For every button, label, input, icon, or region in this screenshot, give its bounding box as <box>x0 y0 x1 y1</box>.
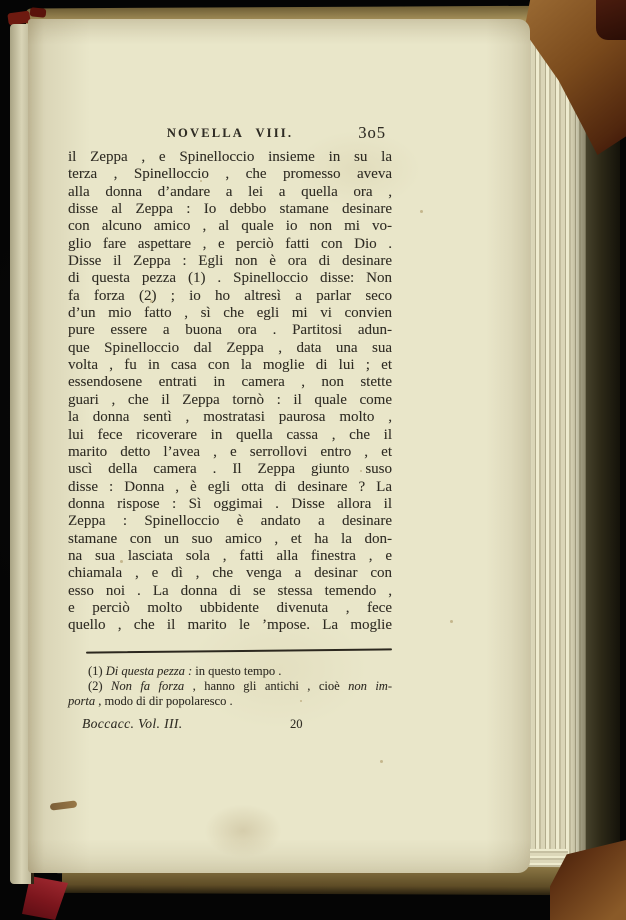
page-text: NOVELLA VIII. 3o5 il Zeppa , e Spinelloc… <box>68 126 392 734</box>
page-edge-stack-right <box>526 20 586 872</box>
footnote-text: (2) <box>88 679 111 693</box>
leather-corner-top-right-dark <box>596 0 626 40</box>
body-line: guari , che il Zeppa tornò : il quale co… <box>68 392 392 409</box>
body-line: disse : Donna , è egli otta di desinare … <box>68 479 392 496</box>
body-line: di questa pezza (1) . Spinelloccio disse… <box>68 270 392 287</box>
signature-mark: 20 <box>290 717 303 732</box>
body-line: il Zeppa , e Spinelloccio insieme in su … <box>68 149 392 166</box>
paper-speck <box>380 760 383 763</box>
body-line: fa forza (2) ; io ho altresì a parlar se… <box>68 288 392 305</box>
body-line: la donna sentì , mostratasi paurosa molt… <box>68 409 392 426</box>
body-line: stamane con un suo amico , et ha la don- <box>68 531 392 548</box>
body-line: volta , fu in casa con la moglie di lui … <box>68 357 392 374</box>
body-line: esso noi . La donna di se stessa temendo… <box>68 583 392 600</box>
body-line: essendosene entrati in camera , non stet… <box>68 374 392 391</box>
binding-fragment <box>30 7 47 18</box>
running-header: NOVELLA VIII. 3o5 <box>68 126 392 145</box>
volume-label: Boccacc. Vol. III. <box>82 716 183 731</box>
body-line: Disse il Zeppa : Egli non è ora di desin… <box>68 253 392 270</box>
body-line: pure essere a buona ora . Partitosi adun… <box>68 322 392 339</box>
footnote-text: (1) <box>88 664 106 678</box>
body-line: uscì della camera . Il Zeppa giunto suso <box>68 461 392 478</box>
body-line: na sua lasciata sola , fatti alla finest… <box>68 548 392 565</box>
body-line: glio fare aspettare , e perciò fatti con… <box>68 236 392 253</box>
footnote-term: non im- <box>348 679 392 693</box>
body-line: donna rispose : Sì oggimai . Disse allor… <box>68 496 392 513</box>
footnote-term: Di questa pezza : <box>106 664 192 678</box>
body-line: Zeppa : Spinelloccio è andato a desinare <box>68 513 392 530</box>
body-line: alla donna d’andare a lei a quella ora , <box>68 184 392 201</box>
footnote-term: porta <box>68 694 95 708</box>
paper-speck <box>420 210 423 213</box>
body-line: chiamala , e dì , che venga a desinar co… <box>68 565 392 582</box>
book-photo: NOVELLA VIII. 3o5 il Zeppa , e Spinelloc… <box>0 0 626 920</box>
body-line: marito detto l’avea , e serrollovi entro… <box>68 444 392 461</box>
paper-speck <box>450 620 453 623</box>
body-line: que Spinelloccio dal Zeppa , data una su… <box>68 340 392 357</box>
body-line: lui fece ricoverare in quella cassa , ch… <box>68 427 392 444</box>
body-line: con alcuno amico , al quale io non mi vo… <box>68 218 392 235</box>
chapter-heading: NOVELLA VIII. <box>68 126 392 141</box>
footnote-text: , modo di dir popolaresco . <box>95 694 232 708</box>
body-line: e perciò molto ubbidente divenuta , fece <box>68 600 392 617</box>
body-line: d’un mio fatto , sì che egli mi vi convi… <box>68 305 392 322</box>
footnotes: (1) Di questa pezza : in questo tempo .(… <box>68 664 392 710</box>
footnote-term: Non fa forza <box>111 679 184 693</box>
body-line: disse al Zeppa : Io debbo stamane desina… <box>68 201 392 218</box>
body-line: terza , Spinelloccio , che promesso avev… <box>68 166 392 183</box>
footnote-line: (2) Non fa forza , hanno gli antichi , c… <box>68 679 392 694</box>
body-text: il Zeppa , e Spinelloccio insieme in su … <box>68 149 392 635</box>
footnote-line: porta , modo di dir popolaresco . <box>68 694 392 709</box>
page-number: 3o5 <box>358 123 386 143</box>
footnote-rule <box>86 648 392 653</box>
footnote-text: , hanno gli antichi , cioè <box>184 679 348 693</box>
body-line: quello , che il marito le ’mpose. La mog… <box>68 617 392 634</box>
footnote-text: in questo tempo . <box>192 664 281 678</box>
page-footer: Boccacc. Vol. III. 20 <box>68 716 392 734</box>
footnote-line: (1) Di questa pezza : in questo tempo . <box>68 664 392 679</box>
